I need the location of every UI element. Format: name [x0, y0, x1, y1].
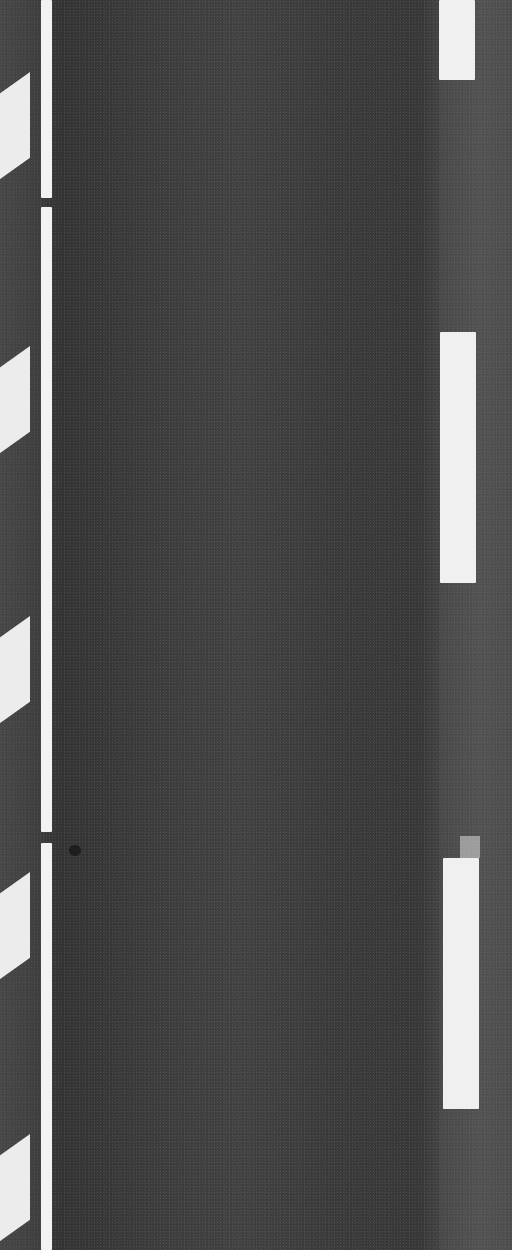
- lane-dash: [443, 858, 479, 1109]
- worn-marking: [460, 836, 480, 858]
- road-scene: Top-down view of an asphalt road with a …: [0, 0, 512, 1250]
- lane-dash: [439, 0, 475, 80]
- pothole: [69, 845, 81, 856]
- lane-dash: [440, 332, 476, 583]
- edge-line-segment: [41, 0, 52, 198]
- edge-line-segment: [41, 843, 52, 1250]
- asphalt-texture: [0, 0, 512, 1250]
- edge-line-segment: [41, 207, 52, 832]
